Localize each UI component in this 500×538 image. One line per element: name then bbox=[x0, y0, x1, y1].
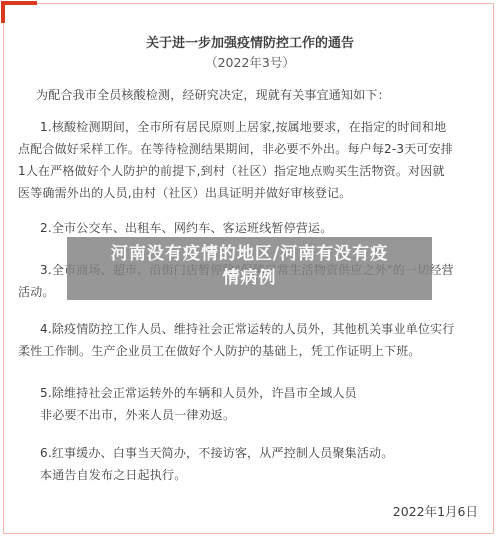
headline-line-2: 情病例 bbox=[67, 266, 432, 290]
notice-intro: 为配合我市全员核酸检测，经研究决定，现就有关事宜通知如下： bbox=[18, 84, 484, 106]
item-line: 柔性工作制。生产企业员工在做好个人防护的基础上，凭工作证明上下班。 bbox=[18, 340, 484, 362]
notice-item-1: 1.核酸检测期间，全市所有居民原则上居家,按属地要求，在指定的时间和地 点配合做… bbox=[18, 116, 484, 204]
intro-line: 为配合我市全员核酸检测，经研究决定，现就有关事宜通知如下： bbox=[18, 84, 484, 106]
item-line: 1人在严格做好个人防护的前提下,到村（社区）指定地点购买生活物资。对因就 bbox=[18, 160, 484, 182]
notice-item-2: 2.全市公交车、出租车、网约车、客运班线暂停营运。 bbox=[18, 217, 484, 239]
item-line: 本通告自发布之日起执行。 bbox=[18, 464, 484, 486]
item-line: 5.除维持社会正常运转外的车辆和人员外，许昌市全域人员 bbox=[18, 382, 484, 404]
item-line: 非必要不出市，外来人员一律劝返。 bbox=[18, 404, 484, 426]
notice-item-6: 6.红事缓办、白事当天简办，不接访客，从严控制人员聚集活动。 本通告自发布之日起… bbox=[18, 442, 484, 486]
notice-item-4: 4.除疫情防控工作人员、维持社会正常运转的人员外，其他机关事业单位实行 柔性工作… bbox=[18, 318, 484, 362]
notice-number: （2022年3号） bbox=[0, 53, 500, 71]
notice-title: 关于进一步加强疫情防控工作的通告 bbox=[0, 32, 500, 51]
corner-accent-horizontal bbox=[1, 1, 37, 5]
item-line: 4.除疫情防控工作人员、维持社会正常运转的人员外，其他机关事业单位实行 bbox=[18, 318, 484, 340]
item-line: 6.红事缓办、白事当天简办，不接访客，从严控制人员聚集活动。 bbox=[18, 442, 484, 464]
corner-accent-vertical bbox=[1, 1, 5, 23]
headline-overlay: 河南没有疫情的地区/河南有没有疫 情病例 bbox=[67, 237, 432, 300]
item-line: 医等确需外出的人员,由村（社区）出具证明并做好审核登记。 bbox=[18, 182, 484, 204]
notice-date: 2022年1月6日 bbox=[393, 502, 478, 520]
item-line: 1.核酸检测期间，全市所有居民原则上居家,按属地要求，在指定的时间和地 bbox=[18, 116, 484, 138]
headline-line-1: 河南没有疫情的地区/河南有没有疫 bbox=[67, 242, 432, 266]
notice-item-5: 5.除维持社会正常运转外的车辆和人员外，许昌市全域人员 非必要不出市，外来人员一… bbox=[18, 382, 484, 426]
item-line: 点配合做好采样工作。在等待检测结果期间，非必要不外出。每户每2-3天可安排 bbox=[18, 138, 484, 160]
item-line: 2.全市公交车、出租车、网约车、客运班线暂停营运。 bbox=[18, 217, 484, 239]
